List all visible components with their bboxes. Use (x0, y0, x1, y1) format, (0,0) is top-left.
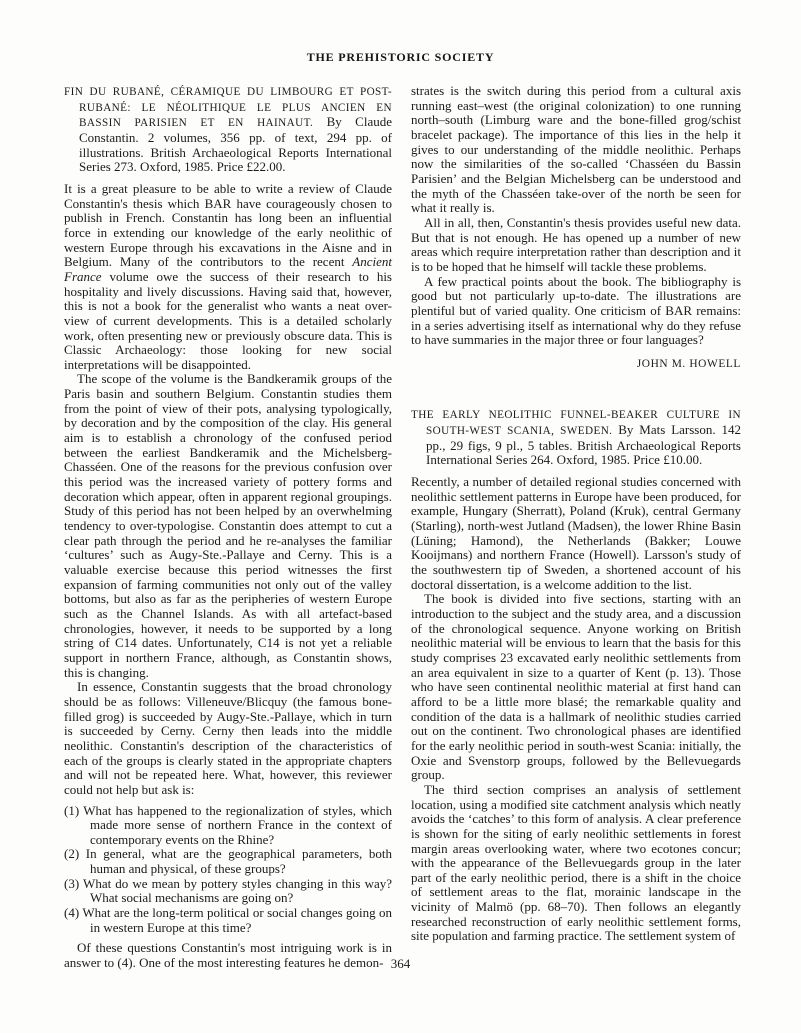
review1-paragraph-1: It is a great pleasure to be able to wri… (64, 182, 392, 373)
question-1-text: What has happened to the regionalization… (83, 803, 392, 847)
question-4-text: What are the long-term political or soci… (82, 905, 392, 935)
review1-continuation-1: strates is the switch during this period… (411, 84, 741, 216)
review1-p1-text-a: It is a great pleasure to be able to wri… (64, 181, 392, 269)
question-item-4: (4) What are the long-term political or … (64, 906, 392, 935)
question-item-1: (1) What has happened to the regionaliza… (64, 804, 392, 848)
review1-continuation-3: A few practical points about the book. T… (411, 275, 741, 348)
journal-page: THE PREHISTORIC SOCIETY FIN DU RUBANÉ, C… (0, 0, 801, 1033)
review1-continuation-2: All in all, then, Constantin's thesis pr… (411, 216, 741, 275)
right-column: strates is the switch during this period… (411, 84, 741, 944)
page-number: 364 (0, 956, 801, 972)
review1-question-list: (1) What has happened to the regionaliza… (64, 804, 392, 936)
review2-paragraph-1: Recently, a number of detailed regional … (411, 475, 741, 592)
question-2-number: (2) (64, 846, 79, 861)
question-4-number: (4) (64, 905, 79, 920)
review2-paragraph-2: The book is divided into five sections, … (411, 592, 741, 783)
question-item-3: (3) What do we mean by pottery styles ch… (64, 877, 392, 906)
question-3-text: What do we mean by pottery styles changi… (83, 876, 392, 906)
question-item-2: (2) In general, what are the geographica… (64, 847, 392, 876)
running-head: THE PREHISTORIC SOCIETY (0, 50, 801, 65)
reviewer-signature: JOHN M. HOWELL (411, 357, 741, 372)
review1-paragraph-3: In essence, Constantin suggests that the… (64, 680, 392, 797)
book-citation-1: FIN DU RUBANÉ, CÉRAMIQUE DU LIMBOURG ET … (64, 84, 392, 175)
left-column: FIN DU RUBANÉ, CÉRAMIQUE DU LIMBOURG ET … (64, 84, 392, 971)
question-1-number: (1) (64, 803, 79, 818)
book-citation-2: THE EARLY NEOLITHIC FUNNEL-BEAKER CULTUR… (411, 407, 741, 468)
question-3-number: (3) (64, 876, 79, 891)
review1-paragraph-2: The scope of the volume is the Bandkeram… (64, 372, 392, 680)
review2-paragraph-3: The third section comprises an analysis … (411, 783, 741, 944)
review1-p1-text-b: volume owe the success of their research… (64, 269, 392, 372)
question-2-text: In general, what are the geographical pa… (86, 846, 392, 876)
